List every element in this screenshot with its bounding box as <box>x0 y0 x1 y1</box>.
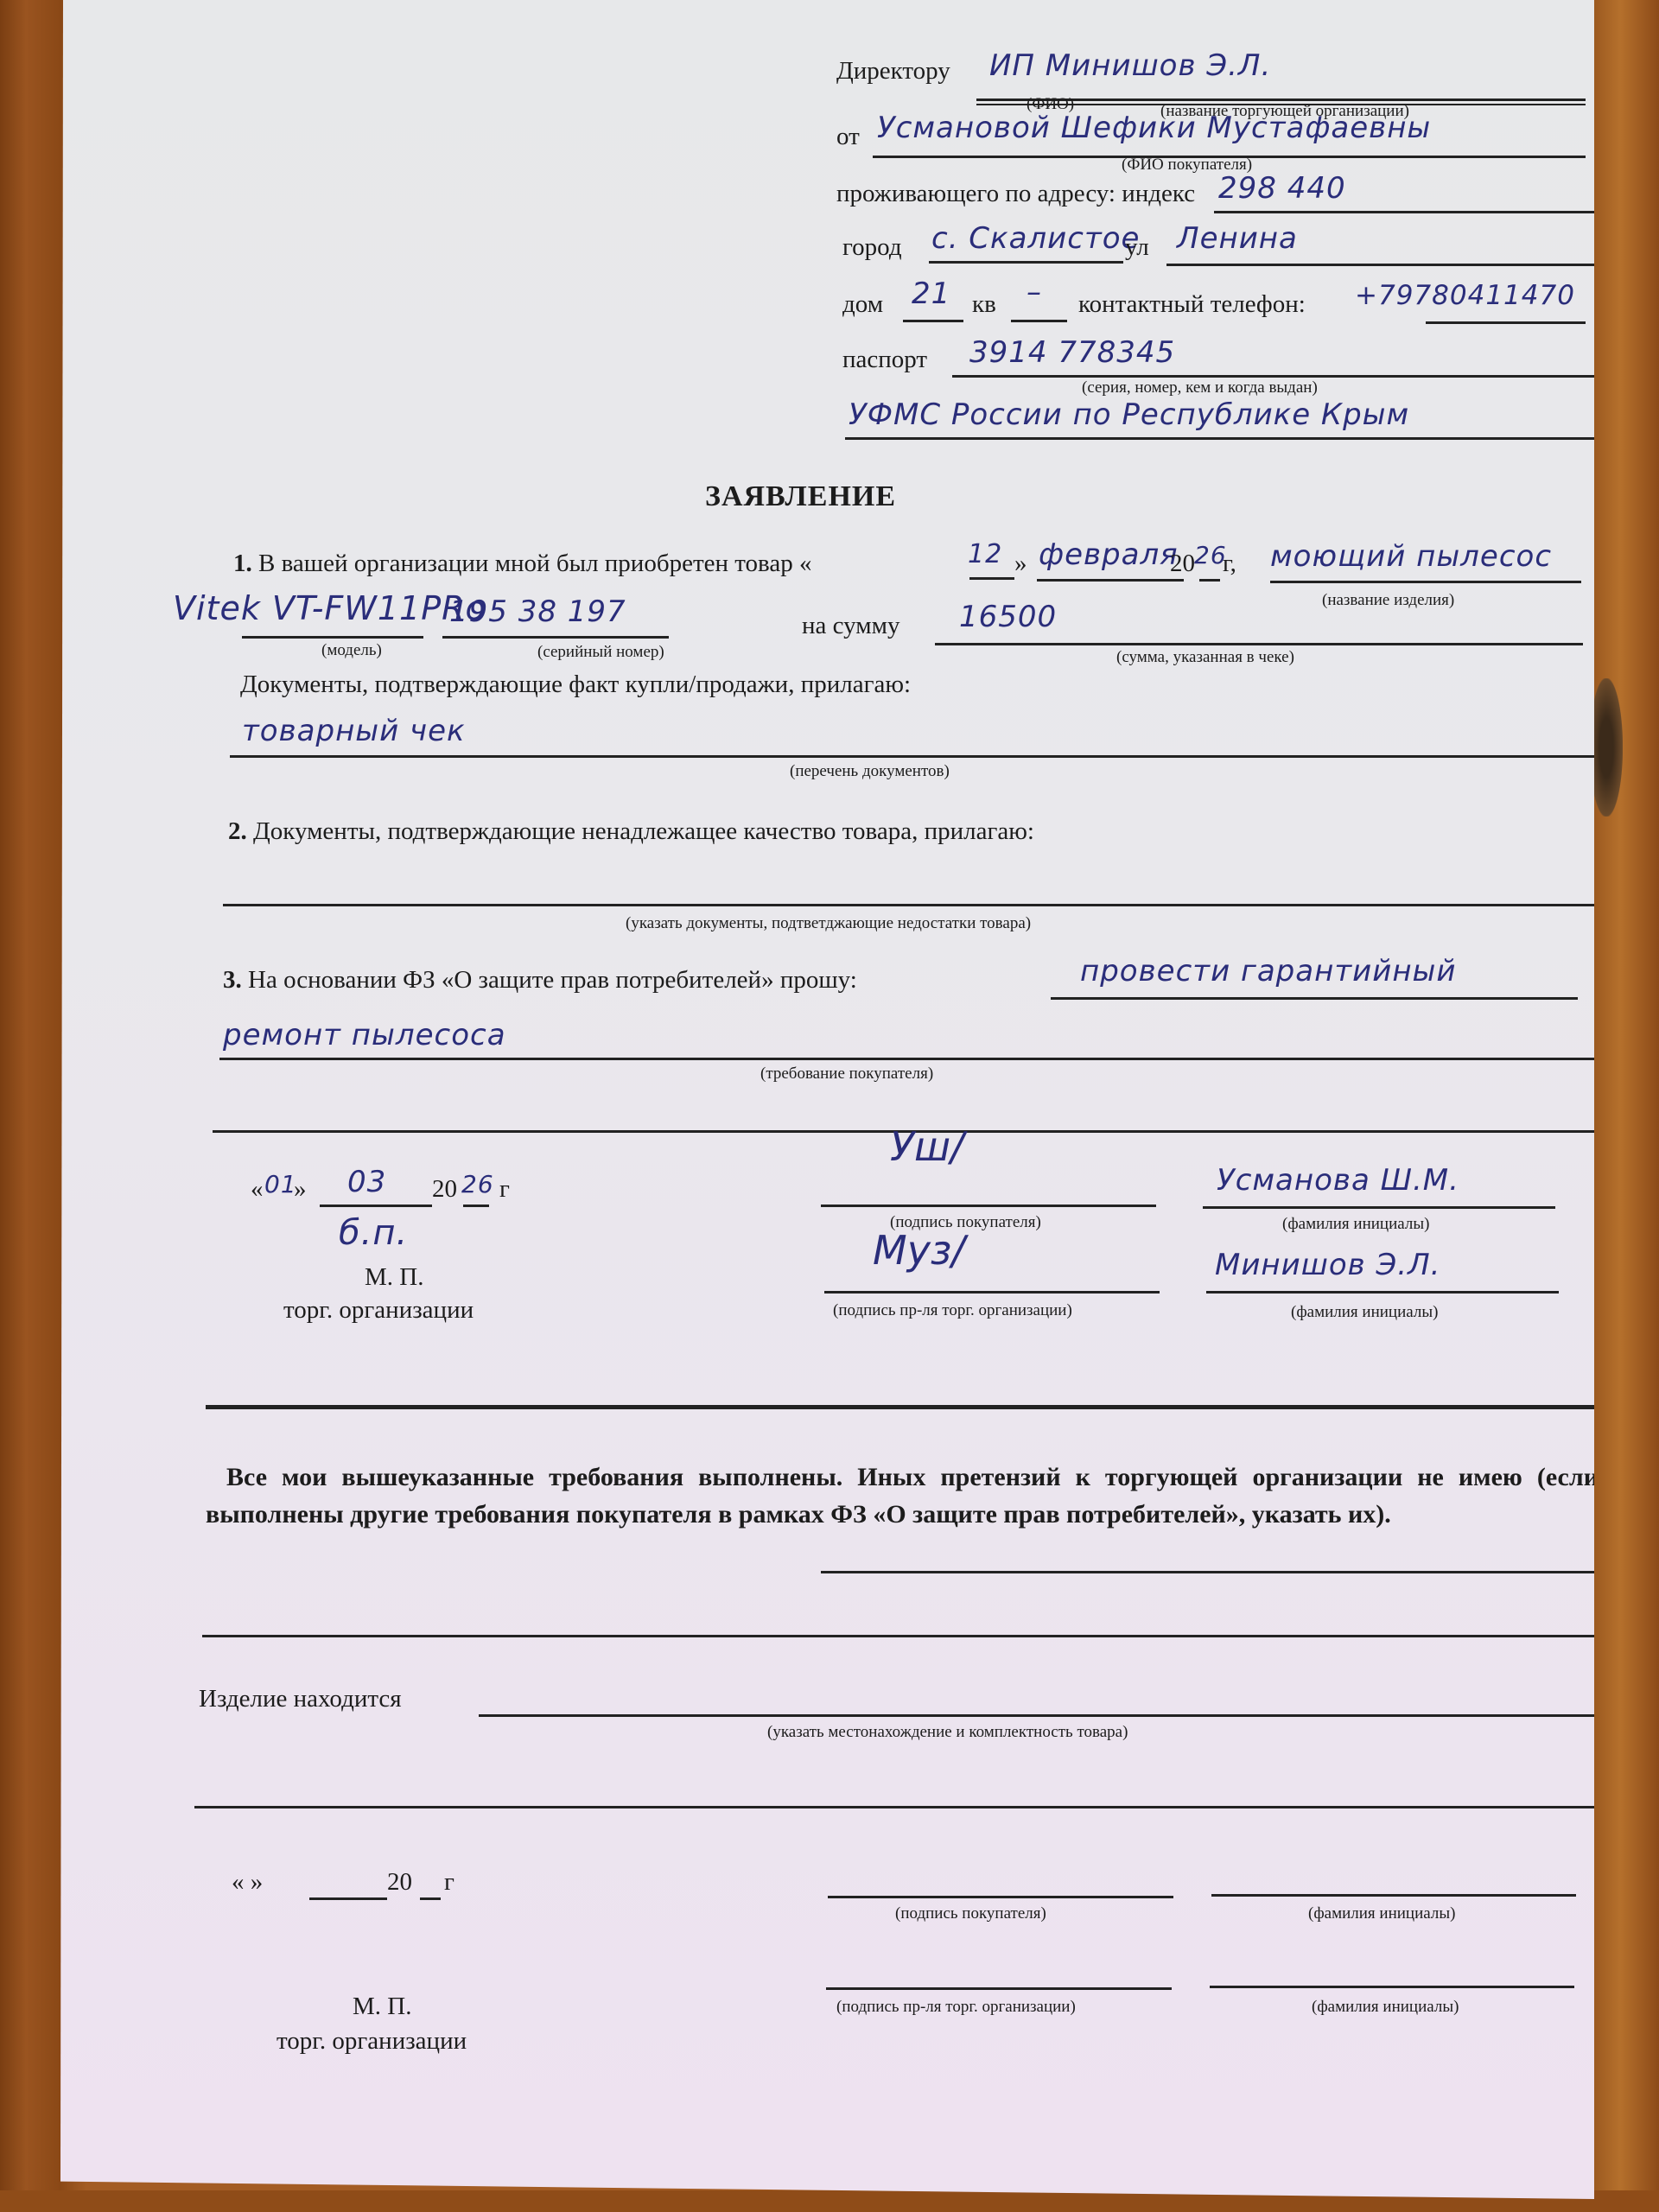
quality-docs-caption: (указать документы, подтветджающие недос… <box>626 914 1031 933</box>
request-field-line2[interactable]: ремонт пылесоса <box>223 1018 506 1052</box>
apt-line <box>1011 320 1067 322</box>
signoff-year-line <box>463 1205 489 1207</box>
purchase-day-line <box>969 577 1014 580</box>
section1-text: В вашей организации мной был приобретен … <box>258 550 812 577</box>
sum-caption: (сумма, указанная в чеке) <box>1116 648 1294 667</box>
seller-name-caption: (фамилия инициалы) <box>1291 1303 1438 1322</box>
request-caption: (требование покупателя) <box>760 1065 933 1084</box>
section3-intro: 3. На основании ФЗ «О защите прав потреб… <box>223 966 857 995</box>
signoff2-seller-name-line <box>1210 1986 1574 1988</box>
wood-knot <box>1590 678 1623 817</box>
signoff-month-field[interactable]: 03 <box>347 1165 386 1199</box>
serial-line <box>442 636 669 639</box>
purchase-docs-line <box>230 755 1599 758</box>
buyer-name-line <box>1203 1206 1555 1209</box>
request-line-2 <box>219 1058 1602 1060</box>
apt-field[interactable]: – <box>1027 275 1042 309</box>
section1-intro: 1. В вашей организации мной был приобрет… <box>233 550 812 578</box>
purchase-docs-label: Документы, подтверждающие факт купли/про… <box>240 671 911 699</box>
signoff2-buyer-name-caption: (фамилия инициалы) <box>1308 1904 1455 1923</box>
closing-line-2 <box>202 1635 1598 1637</box>
index-line <box>1214 211 1594 213</box>
passport-issued-field[interactable]: УФМС России по Республике Крым <box>849 397 1409 432</box>
passport-label: паспорт <box>842 346 927 374</box>
date-open: « <box>251 1175 264 1204</box>
org-label: торг. организации <box>283 1296 474 1325</box>
sum-label: на сумму <box>802 612 899 640</box>
serial-field[interactable]: 195 38 197 <box>449 594 626 629</box>
signoff-year-field[interactable]: 26 <box>461 1170 494 1198</box>
signoff2-month-line <box>309 1897 387 1900</box>
year-suffix: г, <box>1223 550 1236 578</box>
director-label: Директору <box>836 57 950 86</box>
passport-issued-line <box>845 437 1597 440</box>
quote-close: » <box>1014 550 1027 578</box>
wooden-surface-right <box>1594 0 1659 2212</box>
location-label: Изделие находится <box>199 1685 402 1713</box>
signoff2-year-prefix: 20 <box>387 1868 412 1897</box>
director-field[interactable]: ИП Минишов Э.Л. <box>989 48 1271 83</box>
buyer-signature[interactable]: Уш/ <box>890 1123 964 1170</box>
section2-text: Документы, подтверждающие ненадлежащее к… <box>253 817 1034 845</box>
purchase-day-field[interactable]: 12 <box>968 539 1002 569</box>
section3-text: На основании ФЗ «О защите прав потребите… <box>248 966 857 994</box>
buyer-name-field[interactable]: Усмановой Шефики Мустафаевны <box>877 111 1431 145</box>
signoff2-date-quotes: « » <box>232 1868 263 1897</box>
address-label: проживающего по адресу: индекс <box>836 180 1195 208</box>
signoff2-year-suffix: г <box>444 1868 454 1897</box>
date-close: » <box>294 1175 307 1204</box>
location-caption: (указать местонахождение и комплектность… <box>767 1723 1128 1742</box>
signoff-month-line <box>320 1205 432 1207</box>
seller-signature-caption: (подпись пр-ля торг. организации) <box>833 1301 1072 1320</box>
stamp-note: б.п. <box>339 1213 408 1253</box>
street-field[interactable]: Ленина <box>1177 221 1298 256</box>
buyer-name-caption: (фамилия инициалы) <box>1282 1215 1429 1234</box>
section1-number: 1. <box>233 550 252 577</box>
signoff2-org-label: торг. организации <box>276 2027 467 2056</box>
city-label: город <box>842 233 902 262</box>
passport-caption: (серия, номер, кем и когда выдан) <box>1082 378 1318 397</box>
signoff2-seller-signature-line <box>826 1987 1172 1990</box>
index-field[interactable]: 298 440 <box>1218 171 1346 206</box>
mp-label: М. П. <box>365 1263 423 1292</box>
purchase-docs-field[interactable]: товарный чек <box>242 714 466 748</box>
purchase-month-field[interactable]: февраля <box>1039 537 1179 572</box>
model-caption: (модель) <box>321 641 382 660</box>
house-line <box>903 320 963 322</box>
signoff2-buyer-name-line <box>1211 1894 1576 1897</box>
purchase-year-line <box>1199 579 1220 582</box>
request-line-1 <box>1051 997 1578 1000</box>
passport-field[interactable]: 3914 778345 <box>969 335 1175 370</box>
quality-docs-line <box>223 904 1601 906</box>
section-divider <box>206 1405 1605 1409</box>
product-line <box>1270 581 1581 583</box>
signoff2-seller-name-caption: (фамилия инициалы) <box>1312 1998 1459 2017</box>
application-form-sheet: Директору ИП Минишов Э.Л. (ФИО) (названи… <box>60 0 1594 2199</box>
passport-line <box>952 375 1594 378</box>
buyer-name-signoff-field[interactable]: Усманова Ш.М. <box>1217 1163 1459 1198</box>
house-label: дом <box>842 290 883 319</box>
signoff-year-prefix: 20 <box>432 1175 457 1204</box>
request-field-line1[interactable]: провести гарантийный <box>1080 954 1457 988</box>
closing-paragraph: Все мои вышеуказанные требования выполне… <box>206 1459 1599 1533</box>
signoff2-buyer-signature-caption: (подпись покупателя) <box>895 1904 1046 1923</box>
signoff2-year-line <box>420 1897 441 1900</box>
purchase-docs-caption: (перечень документов) <box>790 762 950 781</box>
section3-number: 3. <box>223 966 242 994</box>
apt-label: кв <box>972 290 996 319</box>
signoff-year-suffix: г <box>499 1175 510 1204</box>
section2-number: 2. <box>228 817 247 845</box>
house-field[interactable]: 21 <box>912 276 950 311</box>
location-line <box>479 1714 1602 1717</box>
signoff-day-field[interactable]: 01 <box>264 1170 297 1198</box>
phone-line <box>1426 321 1586 324</box>
signoff2-buyer-signature-line <box>828 1896 1173 1898</box>
street-line <box>1166 264 1594 266</box>
purchase-month-line <box>1037 579 1184 582</box>
model-field[interactable]: Vitek VT-FW11PRo <box>173 589 486 627</box>
signoff2-mp-label: М. П. <box>353 1993 411 2021</box>
document-title: ЗАЯВЛЕНИЕ <box>705 480 896 513</box>
model-line <box>242 636 423 639</box>
seller-signature-line <box>824 1291 1160 1294</box>
city-field[interactable]: с. Скалистое <box>931 221 1140 256</box>
phone-label: контактный телефон: <box>1078 290 1306 319</box>
signoff2-seller-signature-caption: (подпись пр-ля торг. организации) <box>836 1998 1076 2017</box>
product-caption: (название изделия) <box>1322 591 1454 610</box>
from-label: от <box>836 123 860 151</box>
seller-name-signoff-field[interactable]: Минишов Э.Л. <box>1215 1248 1440 1282</box>
sum-line <box>935 643 1583 645</box>
sum-field[interactable]: 16500 <box>959 600 1057 634</box>
street-label: ул <box>1125 233 1149 262</box>
closing-line-1 <box>821 1571 1599 1573</box>
buyer-signature-line <box>821 1205 1156 1207</box>
purchase-year-field[interactable]: 26 <box>1194 541 1227 569</box>
seller-name-line <box>1206 1291 1559 1294</box>
section2-intro: 2. Документы, подтверждающие ненадлежаще… <box>228 817 1034 846</box>
seller-signature[interactable]: Муз/ <box>873 1227 965 1274</box>
phone-field[interactable]: +79780411470 <box>1355 280 1575 311</box>
city-line <box>929 261 1123 264</box>
serial-caption: (серийный номер) <box>537 643 664 662</box>
location-line-2 <box>194 1806 1603 1808</box>
product-name-field[interactable]: моющий пылесос <box>1270 539 1552 574</box>
year-prefix: 20 <box>1170 550 1195 578</box>
